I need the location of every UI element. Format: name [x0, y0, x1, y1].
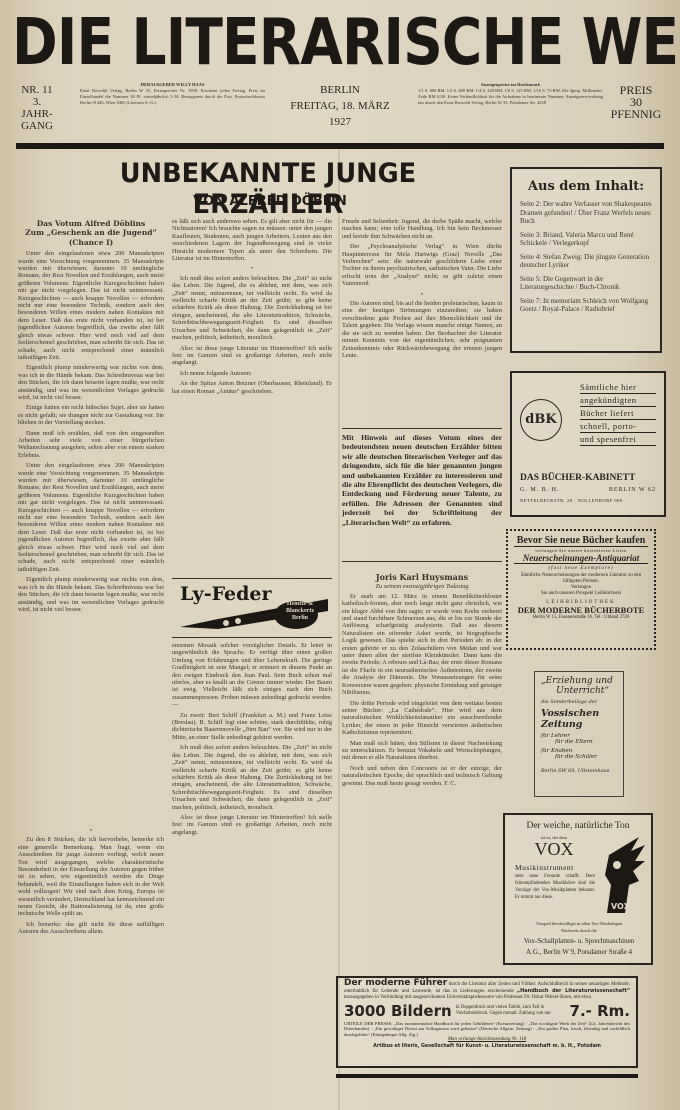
buecherbote-line: (fast neue Exemplare) [514, 566, 648, 571]
handbuch-price: 7.- Rm. [570, 1002, 630, 1020]
section-star: • [18, 827, 164, 834]
paragraph: An der Spitze Anton Betzner (Oberhausen,… [172, 380, 332, 395]
paragraph: Man muß sich hüten, den Stilisten in die… [342, 740, 502, 762]
vox-ad: Der weiche, natürliche Ton ist es, der d… [503, 813, 653, 965]
voss-line: Unterricht“ [541, 686, 617, 696]
issue-year-2: GANG [16, 120, 58, 132]
publisher-info: HERAUSGEBER WILLY HAAS Ernst Rowohlt Ver… [80, 82, 265, 106]
slogan-line: und spesenfrei [580, 433, 656, 446]
masthead-title: DIE LITERARISCHE WELT [12, 8, 580, 78]
section-star: • [342, 291, 502, 298]
vox-line: Nachweis durch die [509, 928, 649, 933]
masthead-rule [16, 143, 664, 149]
paragraph: Ich muß dies sofort anders beleuchten. D… [172, 275, 332, 342]
vox-address: A.G., Berlin W 9, Potsdamer Straße 4 [509, 948, 649, 956]
maker-line: Berlin [280, 615, 320, 622]
dbk-slogan: Sämtliche hier angekündigten Bücher lief… [580, 381, 656, 446]
paragraph: Also: ist diese junge Literatur im Hinte… [172, 345, 332, 367]
huysmans-title: Joris Karl Huysmans [342, 574, 502, 581]
svg-text:VOX: VOX [611, 902, 631, 911]
price-unit: PFENNIG [608, 108, 664, 120]
date-block: BERLIN FREITAG, 18. MÄRZ 1927 [280, 84, 400, 128]
toc-item[interactable]: Seite 7: In memoriam Schleich von Wolfga… [520, 297, 652, 314]
buecherbote-name: DER MODERNE BÜCHERBOTE [514, 605, 648, 615]
paragraph: Unter den eingelaufenen etwa 200 Manuskr… [18, 250, 164, 361]
price-block: PREIS 30 PFENNIG [608, 84, 664, 120]
vox-line: Musikinstrument [515, 863, 595, 872]
issue-info: NR. 11 3. JAHR- GANG [16, 84, 58, 132]
slogan-line: Sämtliche hier [580, 381, 656, 394]
subhead-chance: (Chance I) [18, 239, 164, 246]
handbuch-publisher: Artibus et literis, Gesellschaft für Kun… [344, 1044, 630, 1049]
subhead-votum: Das Votum Alfred Döblins [18, 220, 164, 227]
buecherbote-ad: Bevor Sie neue Bücher kaufen verlangen S… [506, 529, 656, 650]
paragraph: Ich nenne folgende Autoren: [172, 370, 332, 377]
paragraph: Freude und Seltenheit: Jugend, die derbe… [342, 218, 502, 240]
subhead-geschenk: Zum „Geschenk an die Jugend“ [18, 229, 164, 236]
paragraph: enormen Mosaik solcher vorzüglicher Deta… [172, 642, 332, 709]
handbuch-request: Man verlange Ansichtssendung Nr. 118 [344, 1037, 630, 1042]
page-fold [338, 150, 340, 1110]
slogan-line: schnell, porto- [580, 420, 656, 433]
vox-slogan: Der weiche, natürliche Ton [505, 821, 651, 831]
paragraph: Unter den eingelaufenen etwa 200 Manuskr… [18, 462, 164, 573]
dbk-gmbh: G. M. B. H. [520, 487, 560, 493]
paragraph: Eigentlich plump minderwertig war nichts… [18, 576, 164, 613]
vox-line: Vorspiel bereitwilligst in allen Vox-Nie… [509, 921, 649, 926]
paragraph: Noch und neben den Concourts ist er der … [342, 765, 502, 787]
voss-title: Vossischen Zeitung [541, 708, 617, 730]
vox-line: stets neue Freunde schafft. Dem feinempf… [515, 873, 595, 901]
paragraph: Zu zweit: Bert Schiff (Frankfurt a. M.) … [172, 712, 332, 742]
voss-line: für die Schüler [541, 754, 617, 760]
paragraph: Einige hatten ein recht hübsches Sujet, … [18, 404, 164, 426]
paragraph: Ich bemerke: das gilt nicht für diese au… [18, 921, 164, 936]
slogan-line: Bücher liefert [580, 407, 656, 420]
vossische-ad: „Erziehung und Unterricht“ die Sonderbei… [534, 671, 624, 797]
vox-company: Vox-Schallplatten- u. Sprechmaschinen [509, 937, 649, 945]
paragraph: Die Autoren sind, bis auf die beiden pro… [342, 300, 502, 359]
buecherbote-line: Sämtliche Neuerscheinungen der modernen … [514, 573, 648, 585]
paragraph: Zu den 8 Stücken, die ich hervorhebe, be… [18, 836, 164, 917]
voss-address: Berlin SW 68, Ullsteinhaus [541, 768, 617, 774]
publisher-text: Ernst Rowohlt Verlag, Berlin W 35, Ferns… [80, 88, 265, 106]
dbk-logo-icon: dBK [520, 399, 562, 441]
paragraph: Ich muß dies sofort anders beleuchten. D… [172, 744, 332, 811]
article-column-1-lower: • Zu den 8 Stücken, die ich hervorhebe, … [18, 825, 164, 1055]
buecherbote-address: Berlin W 15, Fasanenstraße 16, Tel.: Uhl… [514, 615, 648, 620]
paragraph: Eigentlich plump minderwertig war nichts… [18, 364, 164, 401]
huysmans-subtitle: Zu seinem zwanzigjährigen Todestag [342, 583, 502, 590]
ad-rates: Anzeigenpreise im Reichsmark 1/1 S. 800 … [418, 82, 603, 106]
buecherbote-line: Sie auch unseren Prospekt Leihbücherei [514, 591, 648, 597]
toc-item[interactable]: Seite 2: Der wahre Verfasser von Shakesp… [520, 200, 652, 226]
lyfeder-ad: Ly-Feder Heintze & Blanckertz Berlin [172, 578, 332, 638]
dbk-name: DAS BÜCHER-KABINETT [520, 473, 656, 483]
paragraph: Also: ist diese junge Literatur im Hinte… [172, 814, 332, 836]
handbuch-text: herausgegeben in Verbindung mit ausgezei… [344, 995, 591, 1000]
handbuch-title: Der moderne Führer [344, 978, 447, 988]
huysmans-article: Joris Karl Huysmans Zu seinem zwanzigjäh… [342, 572, 502, 992]
paragraph: Die dritte Periode wird eingeleitet von … [342, 700, 502, 737]
voss-line: „Erziehung und [541, 676, 617, 686]
date: FREITAG, 18. MÄRZ [280, 100, 400, 112]
city: BERLIN [280, 84, 400, 96]
article-column-2-lower: enormen Mosaik solcher vorzüglicher Deta… [172, 642, 332, 1102]
dbk-address: NETTELBECKSTR. 28 · NOLLENDORF 900 [520, 498, 623, 503]
article-column-1: Das Votum Alfred Döblins Zum „Geschenk a… [18, 218, 164, 818]
lyfeder-maker: Heintze & Blanckertz Berlin [280, 601, 320, 622]
ad-rates-text: 1/1 S. 800 RM. 1/2 S. 400 RM. 1/4 S. 220… [418, 88, 603, 106]
publisher-appeal: Mit Hinweis auf dieses Votum eines der b… [342, 428, 502, 562]
appeal-text: Mit Hinweis auf dieses Votum eines der b… [342, 433, 502, 527]
vox-brand: VOX [509, 839, 599, 860]
toc-item[interactable]: Seite 4: Stefan Zweig: Die jüngste Gener… [520, 253, 652, 270]
issue-year-1: 3. JAHR- [16, 96, 58, 120]
paragraph: es läßt sich auch anderswo sehen. Es gil… [172, 218, 332, 262]
buecher-kabinett-ad: dBK Sämtliche hier angekündigten Bücher … [510, 371, 666, 517]
buecherbote-headline: Bevor Sie neue Bücher kaufen [514, 535, 648, 547]
toc-box: Aus dem Inhalt: Seite 2: Der wahre Verfa… [510, 167, 662, 353]
handbuch-ad: Der moderne Führer durch die Literatur a… [336, 976, 638, 1068]
maker-line: Blanckertz [280, 608, 320, 615]
dbk-city: BERLIN W 62 [609, 487, 656, 493]
buecherbote-antiquariat: Neuerscheinungen-Antiquariat [514, 553, 648, 564]
maker-line: Heintze & [280, 601, 320, 608]
paragraph: Er starb am 12. März in einem Benediktin… [342, 593, 502, 697]
issue-number: NR. 11 [16, 84, 58, 96]
voss-line: für die Eltern [541, 739, 617, 745]
article-column-3: Freude und Seltenheit: Jugend, die derbe… [342, 218, 502, 416]
handbuch-images-count: 3000 Bildern [344, 1002, 452, 1020]
article-byline: VON ALFRED DÖBLIN [140, 194, 400, 209]
toc-title: Aus dem Inhalt: [520, 179, 652, 194]
press-quotes: URTEILE DER PRESSE: „Das monumentalste H… [344, 1021, 630, 1037]
article-column-2: es läßt sich auch anderswo sehen. Es gil… [172, 218, 332, 573]
year: 1927 [280, 116, 400, 128]
paragraph: Der „Psychoanalytische Verlag“ in Wien d… [342, 243, 502, 287]
bottom-rule [336, 1074, 638, 1078]
handbuch-name: „Handbuch der Literaturwissenschaft“ [517, 988, 630, 994]
article-headline: UNBEKANNTE JUNGE ERZÄHLER [59, 158, 477, 220]
section-star: • [172, 265, 332, 272]
vox-head-icon: VOX [603, 835, 647, 915]
toc-item[interactable]: Seite 5: Die Gegenwart in der Literaturg… [520, 275, 652, 292]
voss-line: die Sonderbeilage der [541, 699, 617, 705]
handbuch-text: in Doppeldruck und vielen Tafeln, zum Te… [456, 1005, 566, 1016]
paragraph: Dann muß ich erzählen, daß von den einge… [18, 430, 164, 460]
slogan-line: angekündigten [580, 394, 656, 407]
toc-item[interactable]: Seite 3: Briand, Valeria Marcu und René … [520, 231, 652, 248]
